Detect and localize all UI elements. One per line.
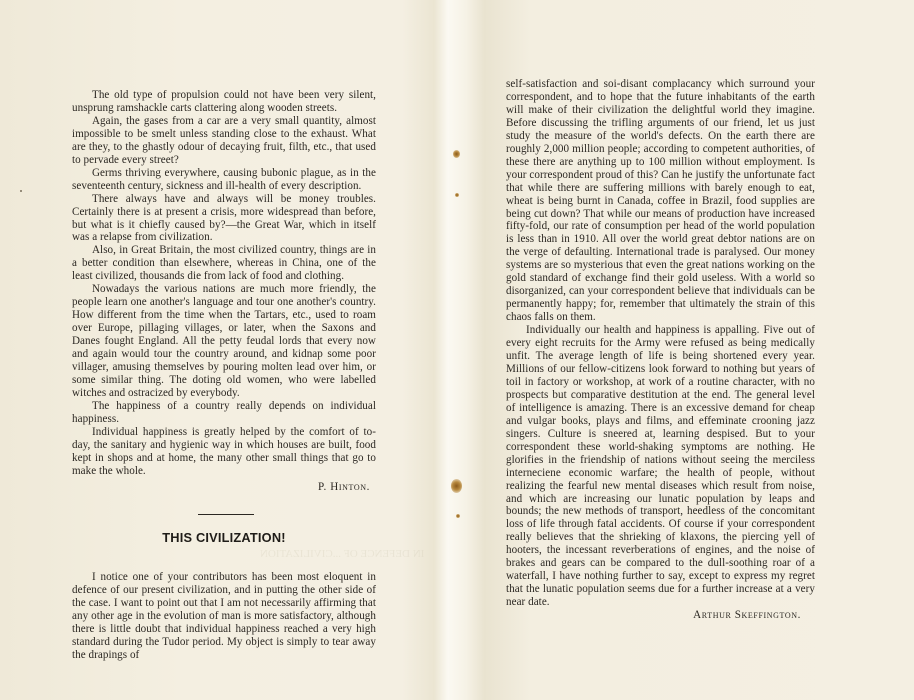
book-spread: IN DEFENCE OF ...CIVILIZATION The old ty… xyxy=(0,0,914,700)
binding-stain xyxy=(455,193,459,197)
page-speck xyxy=(20,190,22,192)
section-divider xyxy=(198,514,254,515)
continued-article: The old type of propulsion could not hav… xyxy=(72,89,376,494)
left-page: IN DEFENCE OF ...CIVILIZATION The old ty… xyxy=(0,0,457,700)
binding-stain xyxy=(456,514,460,518)
author-signature: Arthur Skeffington. xyxy=(506,609,815,622)
paragraph: Individually our health and happiness is… xyxy=(506,324,815,609)
paragraph: I notice one of your contributors has be… xyxy=(72,571,376,662)
paragraph: The old type of propulsion could not hav… xyxy=(72,89,376,115)
paragraph: The happiness of a country really depend… xyxy=(72,400,376,426)
article-title: THIS CIVILIZATION! xyxy=(72,530,376,545)
binding-stain xyxy=(453,150,460,158)
author-signature: P. Hinton. xyxy=(72,481,376,494)
binding-stain xyxy=(451,479,462,493)
paragraph: Germs thriving everywhere, causing bubon… xyxy=(72,167,376,193)
paragraph: Individual happiness is greatly helped b… xyxy=(72,426,376,478)
right-page: self-satisfaction and soi-disant complac… xyxy=(457,0,914,700)
paragraph: Nowadays the various nations are much mo… xyxy=(72,283,376,400)
article-continuation: self-satisfaction and soi-disant complac… xyxy=(506,78,815,622)
show-through-text: IN DEFENCE OF ...CIVILIZATION xyxy=(260,548,424,560)
paragraph: Also, in Great Britain, the most civiliz… xyxy=(72,244,376,283)
new-article: I notice one of your contributors has be… xyxy=(72,571,376,662)
paragraph: Again, the gases from a car are a very s… xyxy=(72,115,376,167)
paragraph: There always have and always will be mon… xyxy=(72,193,376,245)
paragraph: self-satisfaction and soi-disant complac… xyxy=(506,78,815,324)
